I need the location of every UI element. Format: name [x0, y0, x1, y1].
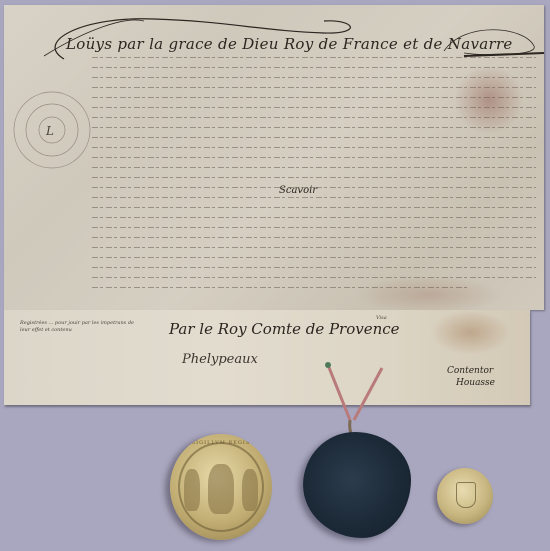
royal-signature: Par le Roy Comte de Provence: [169, 320, 400, 338]
decorative-spiral-icon: L: [12, 85, 102, 195]
visa-note: Visa: [376, 315, 476, 322]
secretary-signature: Phelypeaux: [182, 352, 258, 367]
contentor-name: Houasse: [456, 378, 495, 388]
coat-of-arms-icon: [456, 482, 476, 508]
registration-note: Registrées ... pour jouir par les impetr…: [20, 320, 140, 334]
wax-seal: [303, 432, 411, 538]
svg-text:L: L: [45, 124, 54, 138]
charter-parchment: Loüys par la grace de Dieu Roy de France…: [4, 5, 544, 310]
counter-seal: [437, 468, 493, 524]
charter-fold: Registrées ... pour jouir par les impetr…: [4, 310, 530, 405]
heading-text: Loüys par la grace de Dieu Roy de France…: [66, 35, 513, 53]
body-keyword: Scavoir: [279, 185, 317, 196]
body-text-block: [92, 57, 536, 297]
contentor-label: Contentor: [447, 366, 493, 376]
great-seal: SIGILLVM REGIS: [170, 434, 272, 540]
